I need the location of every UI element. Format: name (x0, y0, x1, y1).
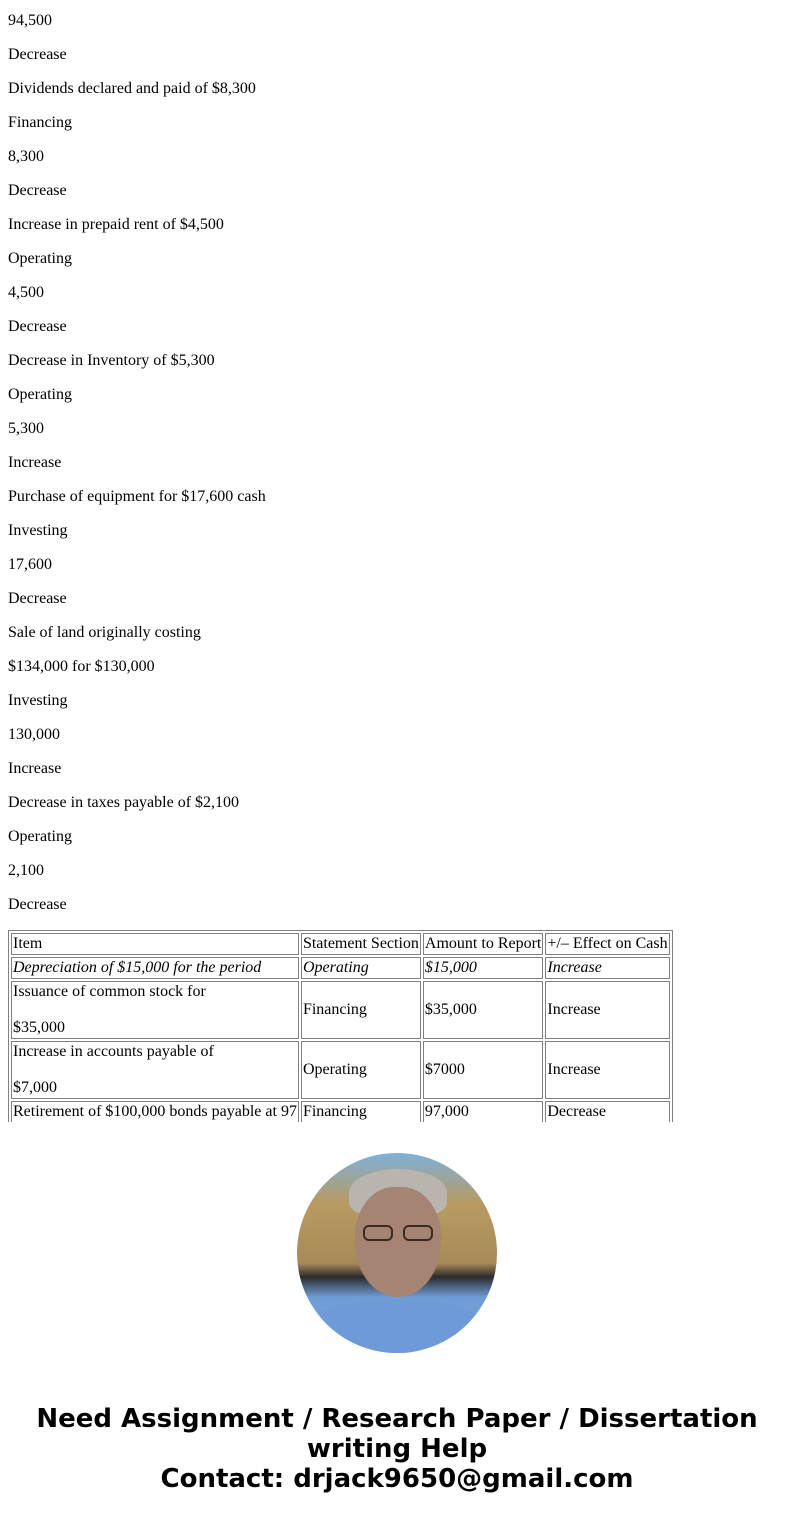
text-item: Purchase of equipment for $17,600 cash (8, 488, 786, 506)
header-effect: +/– Effect on Cash (545, 933, 669, 955)
cell-section: Operating (301, 957, 421, 979)
table-row: Increase in accounts payable of$7,000 Op… (11, 1041, 670, 1099)
text-effect: Decrease (8, 182, 786, 200)
text-item: Decrease in taxes payable of $2,100 (8, 794, 786, 812)
text-amount: 130,000 (8, 726, 786, 744)
table-row: Depreciation of $15,000 for the period O… (11, 957, 670, 979)
cell-item-line1: Increase in accounts payable of (13, 1043, 214, 1060)
avatar-face (355, 1187, 441, 1297)
avatar-shirt (307, 1301, 487, 1353)
promo-banner: Need Assignment / Research Paper / Disse… (0, 1122, 794, 1523)
text-effect: Decrease (8, 46, 786, 64)
text-section: Investing (8, 692, 786, 710)
cell-amount: $7000 (423, 1041, 543, 1099)
cell-item: Issuance of common stock for$35,000 (11, 981, 299, 1039)
cell-effect: Increase (545, 1041, 669, 1099)
document-content: 94,500 Decrease Dividends declared and p… (8, 0, 786, 1122)
promo-line-2: writing Help (0, 1434, 794, 1464)
cell-section: Financing (301, 981, 421, 1039)
text-item-cont: $134,000 for $130,000 (8, 658, 786, 676)
text-effect: Decrease (8, 590, 786, 608)
text-section: Financing (8, 114, 786, 132)
header-section: Statement Section (301, 933, 421, 955)
text-section: Investing (8, 522, 786, 540)
cell-item-line2: $35,000 (13, 1019, 297, 1037)
cell-effect: Increase (545, 957, 669, 979)
cell-item: Increase in accounts payable of$7,000 (11, 1041, 299, 1099)
cell-section: Financing (301, 1101, 421, 1122)
cell-item-line2: $7,000 (13, 1079, 297, 1097)
cell-amount: 97,000 (423, 1101, 543, 1122)
text-amount: 17,600 (8, 556, 786, 574)
text-section: Operating (8, 828, 786, 846)
text-amount: 2,100 (8, 862, 786, 880)
table-row: Issuance of common stock for$35,000 Fina… (11, 981, 670, 1039)
text-item: Dividends declared and paid of $8,300 (8, 80, 786, 98)
glasses-icon (363, 1225, 433, 1241)
text-effect: Increase (8, 760, 786, 778)
text-amount: 8,300 (8, 148, 786, 166)
cell-amount: $35,000 (423, 981, 543, 1039)
cash-flow-table: Item Statement Section Amount to Report … (8, 930, 673, 1122)
cell-item: Retirement of $100,000 bonds payable at … (11, 1101, 299, 1122)
text-effect: Decrease (8, 896, 786, 914)
text-section: Operating (8, 250, 786, 268)
text-effect: Decrease (8, 318, 786, 336)
text-amount: 94,500 (8, 12, 786, 30)
cell-amount: $15,000 (423, 957, 543, 979)
header-item: Item (11, 933, 299, 955)
promo-line-1: Need Assignment / Research Paper / Disse… (0, 1404, 794, 1434)
text-amount: 5,300 (8, 420, 786, 438)
text-section: Operating (8, 386, 786, 404)
promo-contact: Contact: drjack9650@gmail.com (0, 1464, 794, 1494)
text-item: Increase in prepaid rent of $4,500 (8, 216, 786, 234)
promo-text: Need Assignment / Research Paper / Disse… (0, 1404, 794, 1494)
text-effect: Increase (8, 454, 786, 472)
text-item: Decrease in Inventory of $5,300 (8, 352, 786, 370)
cell-item-line1: Issuance of common stock for (13, 983, 206, 1000)
text-item: Sale of land originally costing (8, 624, 786, 642)
table-header-row: Item Statement Section Amount to Report … (11, 933, 670, 955)
cell-effect: Increase (545, 981, 669, 1039)
table-row: Retirement of $100,000 bonds payable at … (11, 1101, 670, 1122)
cell-item: Depreciation of $15,000 for the period (11, 957, 299, 979)
cell-effect: Decrease (545, 1101, 669, 1122)
text-amount: 4,500 (8, 284, 786, 302)
header-amount: Amount to Report (423, 933, 543, 955)
cell-section: Operating (301, 1041, 421, 1099)
avatar-photo-icon (297, 1153, 497, 1353)
